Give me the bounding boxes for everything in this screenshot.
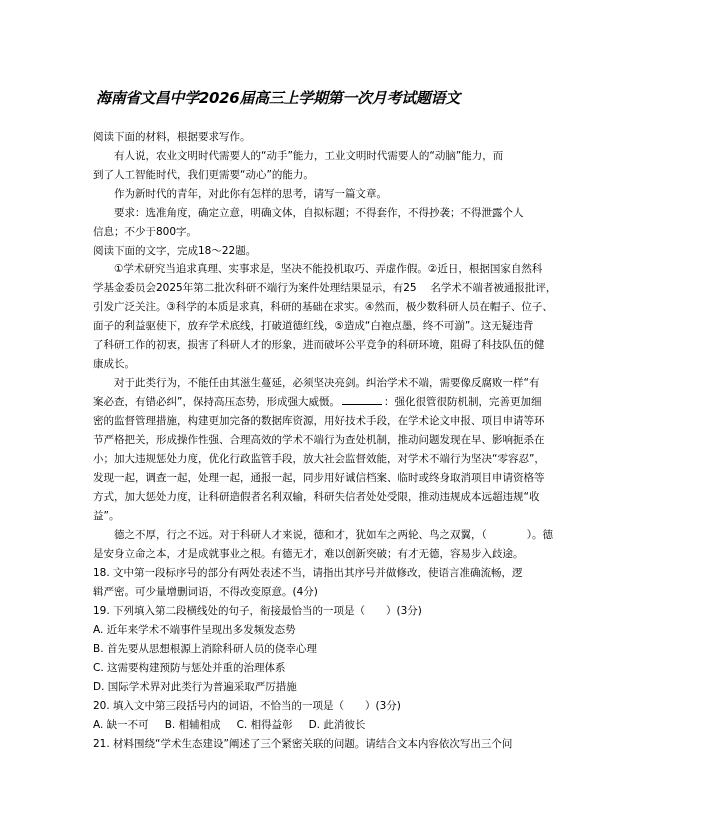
paragraph-2-line: 益”。	[93, 507, 543, 526]
question-20: 20. 填入文中第三段括号内的词语，不恰当的一项是（ ）(3分)	[93, 697, 543, 716]
question-21: 21. 材料围绕“学术生态建设”阐述了三个紧密关联的问题。请结合文本内容依次写出…	[93, 735, 543, 754]
question-20-option-d: D. 此消彼长	[309, 716, 366, 735]
writing-requirements: 要求：选准角度，确定立意，明确文体，自拟标题；不得套作，不得抄袭；不得泄露个人	[93, 204, 543, 223]
paragraph-1-line: 康成长。	[93, 355, 543, 374]
paragraph-2-line: 案必查，有错必纠”，保持高压态势，形成强大威慑。：强化很管很防机制，完善更加细	[93, 393, 543, 412]
document-page: 海南省文昌中学2026届高三上学期第一次月考试题语文 阅读下面的材料，根据要求写…	[0, 0, 718, 825]
paragraph-2-line: 对于此类行为，不能任由其滋生蔓延，必须坚决亮剑。纠治学术不端，需要像反腐败一样“…	[93, 374, 543, 393]
paragraph-1-line: 面子的利益驱使下，放弃学术底线，打破道德红线，⑤造成“白袍点墨，终不可湔”。这无…	[93, 317, 543, 336]
writing-material-cont: 到了人工智能时代，我们更需要“动心”的能力。	[93, 166, 543, 185]
paragraph-2-line: 节严格把关，形成操作性强、合理高效的学术不端行为查处机制，推动问题发现在早、影响…	[93, 431, 543, 450]
question-19-option-c: C. 这需要构建预防与惩处并重的治理体系	[93, 659, 543, 678]
paragraph-3-text: ）。德	[527, 529, 553, 541]
question-18: 18. 文中第一段标序号的部分有两处表述不当，请指出其序号并做修改，使语言准确流…	[93, 564, 543, 583]
paragraph-1-line: ①学术研究当追求真理、实事求是，坚决不能投机取巧、弄虚作假。②近日，根据国家自然…	[93, 260, 543, 279]
fill-in-blank	[342, 394, 382, 405]
writing-requirements-cont: 信息；不少于800字。	[93, 223, 543, 242]
paragraph-1-line: 引发广泛关注。③科学的本质是求真，科研的基础在求实。④然而，极少数科研人员在帽子…	[93, 298, 543, 317]
paragraph-3-line: 是安身立命之本，才是成就事业之根。有德无才，难以创新突破；有才无德，容易步入歧途…	[93, 545, 543, 564]
paragraph-2-text: ：强化很管很防机制，完善更加细	[384, 396, 542, 408]
document-body: 阅读下面的材料，根据要求写作。 有人说，农业文明时代需要人的“动手”能力，工业文…	[93, 128, 543, 754]
question-18-cont: 辑严密。可少量增删词语，不得改变原意。(4分)	[93, 583, 543, 602]
paragraph-3-text: 德之不厚，行之不远。对于科研人才来说，德和才，犹如车之两轮、鸟之双翼，（	[114, 529, 487, 541]
question-20-option-a: A. 缺一不可	[93, 716, 149, 735]
question-20-option-b: B. 相辅相成	[165, 716, 221, 735]
paragraph-2-line: 密的监督管理措施，构建更加完备的数据库资源，用好技术手段，在学术论文申报、项目申…	[93, 412, 543, 431]
question-20-options: A. 缺一不可B. 相辅相成C. 相得益彰D. 此消彼长	[93, 716, 543, 735]
paragraph-3-line: 德之不厚，行之不远。对于科研人才来说，德和才，犹如车之两轮、鸟之双翼，（）。德	[93, 526, 543, 545]
paragraph-2-text: 案必查，有错必纠”，保持高压态势，形成强大威慑。	[93, 396, 340, 408]
question-19-option-b: B. 首先要从思想根源上消除科研人员的侥幸心理	[93, 640, 543, 659]
paragraph-1-line: 了科研工作的初衷，损害了科研人才的形象，进而破坏公平竞争的科研环境，阻碍了科技队…	[93, 336, 543, 355]
paragraph-2-line: 小；加大违规惩处力度，优化行政监管手段，放大社会监督效能，对学术不端行为坚决“零…	[93, 450, 543, 469]
document-title: 海南省文昌中学2026届高三上学期第一次月考试题语文	[96, 87, 460, 108]
writing-prompt: 作为新时代的青年，对此你有怎样的思考，请写一篇文章。	[93, 185, 543, 204]
paragraph-1-line: 学基金委员会2025年第二批次科研不端行为案件处理结果显示，有25 名学术不端者…	[93, 279, 543, 298]
paragraph-2-line: 发现一起，调查一起，处理一起，通报一起，同步用好诚信档案、临时或终身取消项目申请…	[93, 469, 543, 488]
question-20-option-c: C. 相得益彰	[237, 716, 293, 735]
paragraph-2-line: 方式，加大惩处力度，让科研造假者名利双输，科研失信者处处受限，推动违规成本远超违…	[93, 488, 543, 507]
question-19-option-d: D. 国际学术界对此类行为普遍采取严厉措施	[93, 678, 543, 697]
writing-material: 有人说，农业文明时代需要人的“动手”能力，工业文明时代需要人的“动脑”能力，而	[93, 147, 543, 166]
question-19-option-a: A. 近年来学术不端事件呈现出多发频发态势	[93, 621, 543, 640]
question-19: 19. 下列填入第二段横线处的句子，衔接最恰当的一项是（ ）(3分)	[93, 602, 543, 621]
writing-instruction: 阅读下面的材料，根据要求写作。	[93, 128, 543, 147]
reading-instruction: 阅读下面的文字，完成18～22题。	[93, 242, 543, 260]
